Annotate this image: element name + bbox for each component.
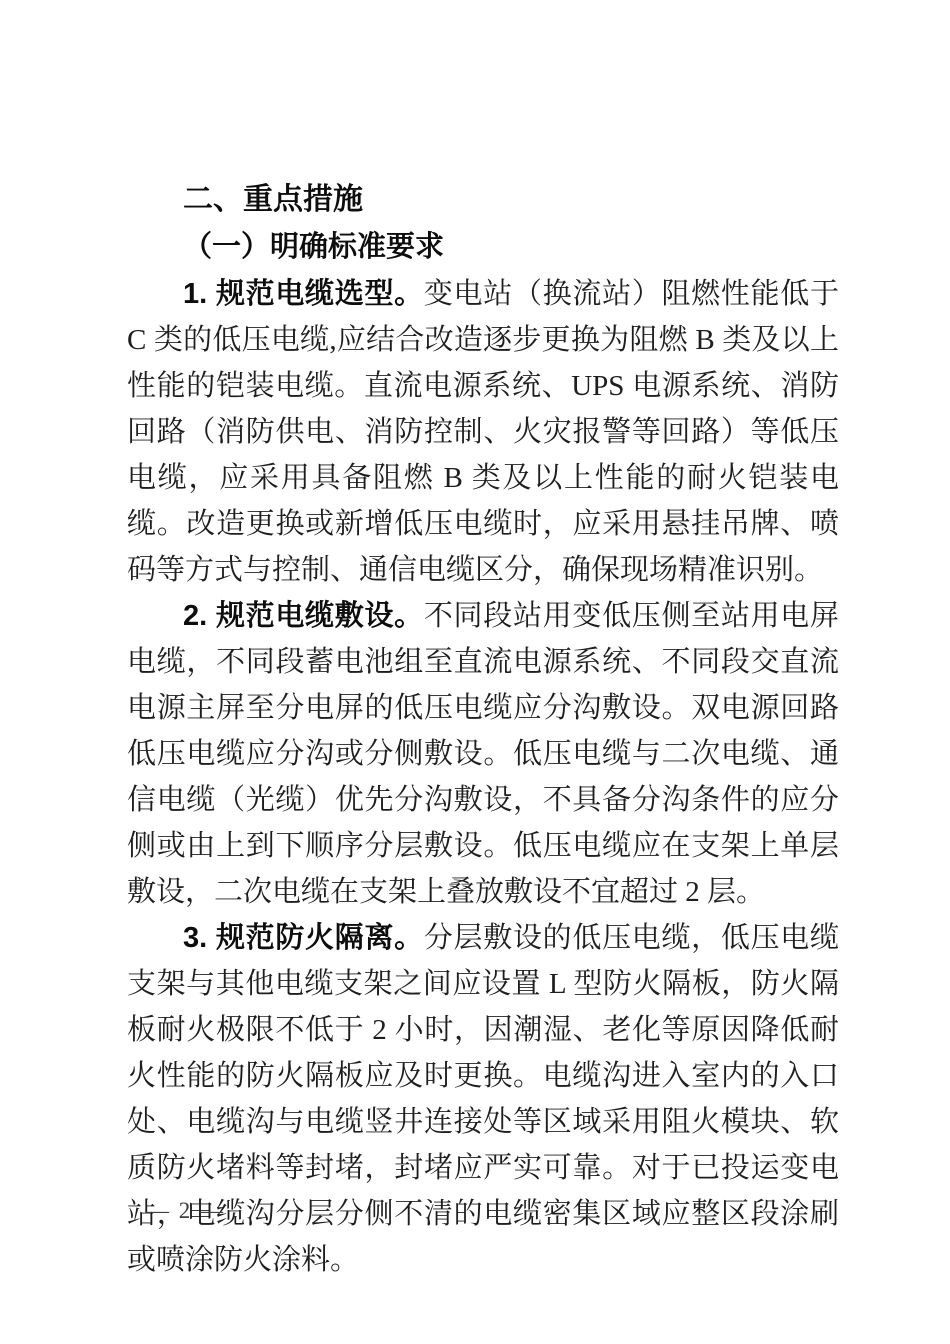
paragraph-1-lead: 1. 规范电缆选型。 <box>183 278 424 310</box>
paragraph-fire-isolation: 3. 规范防火隔离。分层敷设的低压电缆，低压电缆支架与其他电缆支架之间应设置 L… <box>127 915 839 1283</box>
paragraph-cable-laying: 2. 规范电缆敷设。不同段站用变低压侧至站用电屏电缆，不同段蓄电池组至直流电源系… <box>127 593 839 915</box>
subsection-heading: （一）明确标准要求 <box>127 224 839 271</box>
paragraph-3-body: 分层敷设的低压电缆，低压电缆支架与其他电缆支架之间应设置 L 型防火隔板，防火隔… <box>127 922 839 1276</box>
document-page: 二、重点措施 （一）明确标准要求 1. 规范电缆选型。变电站（换流站）阻燃性能低… <box>0 0 950 1344</box>
document-content: 二、重点措施 （一）明确标准要求 1. 规范电缆选型。变电站（换流站）阻燃性能低… <box>127 176 839 1283</box>
page-number: — 2 — <box>146 1196 225 1226</box>
paragraph-cable-selection: 1. 规范电缆选型。变电站（换流站）阻燃性能低于 C 类的低压电缆,应结合改造逐… <box>127 271 839 593</box>
paragraph-2-lead: 2. 规范电缆敷设。 <box>183 600 424 632</box>
paragraph-1-body: 变电站（换流站）阻燃性能低于 C 类的低压电缆,应结合改造逐步更换为阻燃 B 类… <box>127 278 839 586</box>
paragraph-3-lead: 3. 规范防火隔离。 <box>183 922 424 954</box>
paragraph-2-body: 不同段站用变低压侧至站用电屏电缆，不同段蓄电池组至直流电源系统、不同段交直流电源… <box>127 600 839 908</box>
section-heading: 二、重点措施 <box>127 176 839 224</box>
